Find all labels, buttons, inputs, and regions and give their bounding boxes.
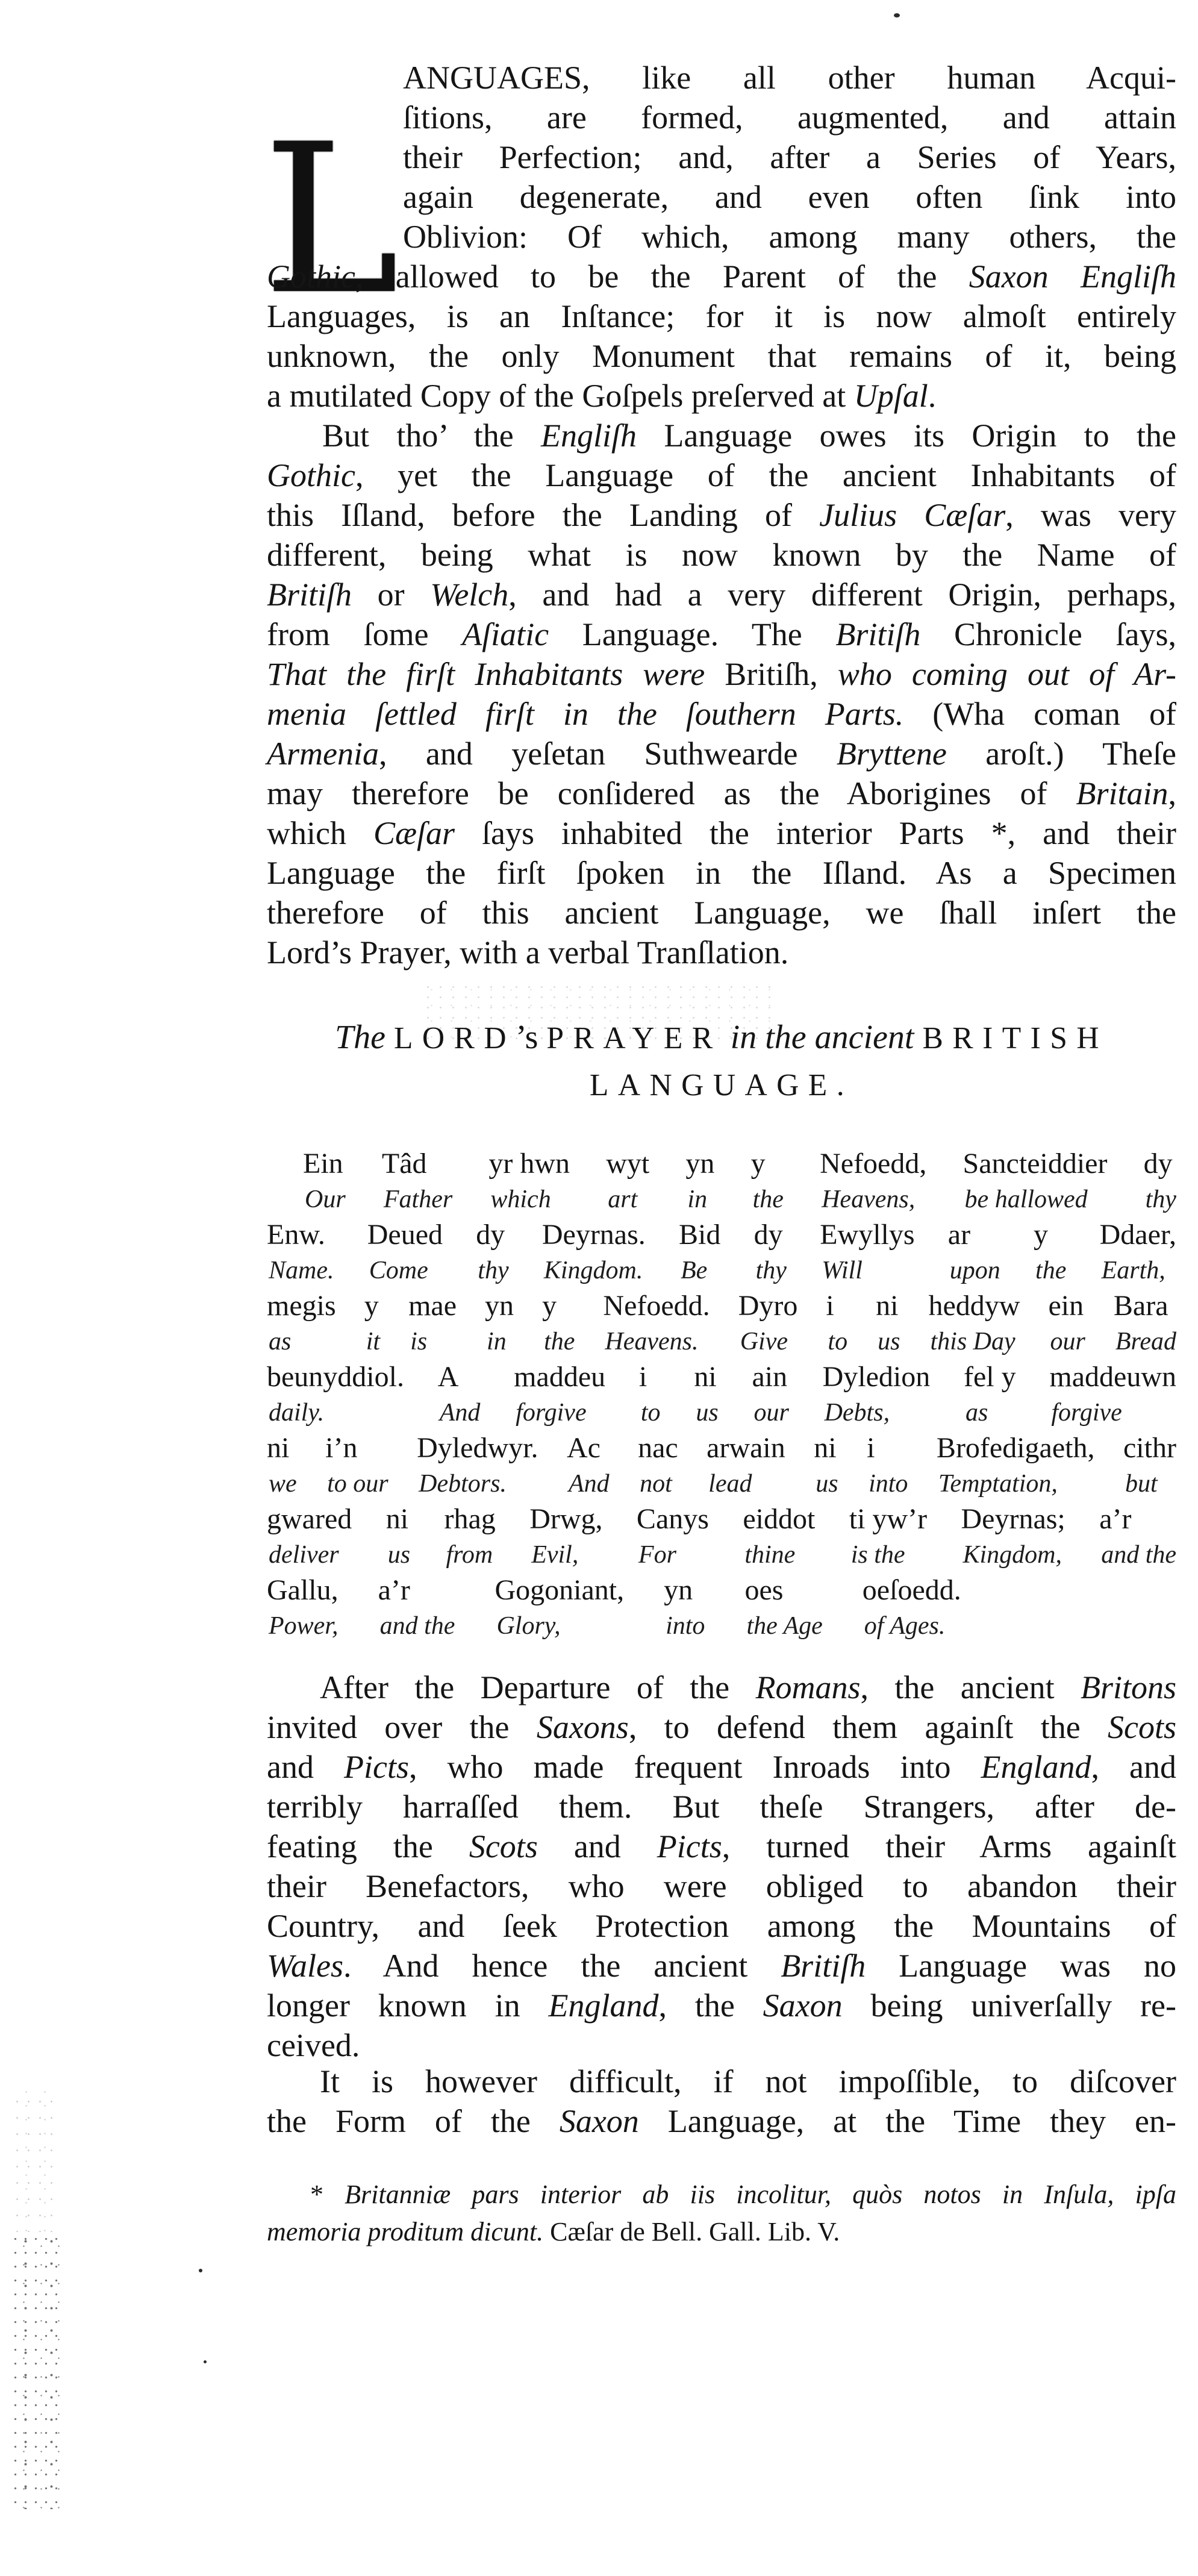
welsh-word: y xyxy=(751,1146,766,1182)
welsh-word: i xyxy=(639,1359,647,1395)
gloss-pair: ito xyxy=(826,1288,847,1359)
welsh-word: Nefoedd. xyxy=(603,1288,710,1324)
welsh-word: maddeuwn xyxy=(1049,1359,1176,1395)
gloss-pair: nius xyxy=(386,1501,410,1572)
gloss-pair: Deyrnas;Kingdom, xyxy=(961,1501,1065,1572)
welsh-word: a’r xyxy=(1099,1501,1131,1537)
gloss-line: Gallu,Power,a’rand theGogoniant,Glory,yn… xyxy=(267,1572,1176,1643)
welsh-word: dy xyxy=(754,1217,783,1253)
english-gloss-word: in xyxy=(687,1182,707,1217)
text-line: Wales. And hence the ancient Britiſh Lan… xyxy=(267,1946,1176,1986)
gloss-pair: ythe xyxy=(751,1146,784,1217)
gloss-pair: yninto xyxy=(664,1572,705,1643)
gloss-pair: eiddotthine xyxy=(743,1501,815,1572)
welsh-word: gwared xyxy=(267,1501,352,1537)
gloss-pair: Nefoedd,Heavens, xyxy=(820,1146,926,1217)
gloss-pair: megisas xyxy=(267,1288,336,1359)
text-line: from ſome Aſiatic Language. The Britiſh … xyxy=(267,614,1176,654)
text-line: feating the Scots and Picts, turned thei… xyxy=(267,1827,1176,1866)
gloss-pair: a’rand the xyxy=(1099,1501,1176,1572)
english-gloss-word: is the xyxy=(851,1537,905,1572)
text-line: That the firſt Inhabitants were Britiſh,… xyxy=(267,654,1176,694)
english-gloss-word: to xyxy=(641,1395,661,1430)
english-gloss-word: but xyxy=(1125,1466,1158,1501)
welsh-word: yn xyxy=(485,1288,514,1324)
welsh-word: fel y xyxy=(964,1359,1016,1395)
welsh-word: y xyxy=(542,1288,557,1324)
gloss-pair: DeuedCome xyxy=(367,1217,443,1288)
text-line: longer known in England, the Saxon being… xyxy=(267,1986,1176,2025)
english-gloss-word: deliver xyxy=(269,1537,339,1572)
english-gloss-word: forgive xyxy=(1051,1395,1122,1430)
gloss-line: beunyddiol.daily.AAndmaddeuforgiveitoniu… xyxy=(267,1359,1176,1430)
english-gloss-word: us xyxy=(816,1466,838,1501)
text-line: After the Departure of the Romans, the a… xyxy=(267,1668,1176,1707)
english-gloss-word: from xyxy=(446,1537,493,1572)
paragraph-saxons-invited: After the Departure of the Romans, the a… xyxy=(267,1668,1176,2065)
english-gloss-word: not xyxy=(640,1466,672,1501)
welsh-word: ein xyxy=(1049,1288,1084,1324)
gloss-line: megisasyitmaeisyninytheNefoedd.Heavens.D… xyxy=(267,1288,1176,1359)
gloss-pair: ythe xyxy=(542,1288,575,1359)
footnote-caesar-citation: * Britanniæ pars interior ab iis incolit… xyxy=(267,2176,1176,2251)
paragraph-saxon-form: It is however difficult, if not impoſſib… xyxy=(267,2062,1176,2141)
gloss-pair: ynin xyxy=(485,1288,514,1359)
text-line: again degenerate, and even often ſink in… xyxy=(267,177,1176,217)
welsh-word: maddeu xyxy=(514,1359,605,1395)
gloss-pair: nius xyxy=(876,1288,900,1359)
gloss-pair: Gallu,Power, xyxy=(267,1572,338,1643)
left-margin-showthrough-noise xyxy=(8,2229,64,2509)
english-gloss-word: thy xyxy=(756,1253,787,1288)
gloss-pair: Nefoedd.Heavens. xyxy=(603,1288,710,1359)
english-gloss-word: For xyxy=(638,1537,676,1572)
gloss-pair: dythy xyxy=(1144,1146,1176,1217)
text-line: Armenia, and yeſetan Suthwearde Bryttene… xyxy=(267,734,1176,774)
welsh-word: nac xyxy=(638,1430,678,1466)
gloss-pair: arupon xyxy=(948,1217,1000,1288)
gloss-line: gwareddeliverniusrhagfromDrwg,Evil,Canys… xyxy=(267,1501,1176,1572)
welsh-word: y xyxy=(364,1288,379,1324)
text-line: their Benefactors, who were obliged to a… xyxy=(267,1866,1176,1906)
welsh-word: ni xyxy=(694,1359,716,1395)
gloss-pair: Drwg,Evil, xyxy=(529,1501,602,1572)
text-line: this Iſland, before the Landing of Juliu… xyxy=(267,495,1176,535)
welsh-word: y xyxy=(1034,1217,1048,1253)
english-gloss-word: us xyxy=(878,1324,900,1359)
welsh-word: Deued xyxy=(367,1217,443,1253)
english-gloss-word: the xyxy=(1035,1253,1066,1288)
welsh-word: Nefoedd, xyxy=(820,1146,926,1182)
gloss-pair: dythy xyxy=(754,1217,787,1288)
gloss-pair: i’nto our xyxy=(325,1430,388,1501)
ink-speck xyxy=(204,2360,207,2363)
english-gloss-word: the Age xyxy=(746,1608,822,1643)
english-gloss-word: to our xyxy=(327,1466,388,1501)
english-gloss-word: Heavens. xyxy=(605,1324,698,1359)
ink-speck xyxy=(199,2269,202,2272)
welsh-word: Dyro xyxy=(738,1288,798,1324)
gloss-pair: niwe xyxy=(267,1430,297,1501)
gloss-pair: dythy xyxy=(476,1217,508,1288)
welsh-word: Gallu, xyxy=(267,1572,338,1608)
english-gloss-word: Give xyxy=(740,1324,788,1359)
english-gloss-word: Debtors. xyxy=(419,1466,507,1501)
english-gloss-word: Will xyxy=(822,1253,863,1288)
welsh-word: A xyxy=(438,1359,459,1395)
english-gloss-word: is xyxy=(410,1324,427,1359)
gloss-pair: TâdFather xyxy=(382,1146,452,1217)
gloss-pair: BidBe xyxy=(679,1217,720,1288)
gloss-pair: einour xyxy=(1049,1288,1085,1359)
welsh-word: ain xyxy=(752,1359,787,1395)
english-gloss-word: we xyxy=(269,1466,297,1501)
text-line: their Perfection; and, after a Series of… xyxy=(267,137,1176,177)
english-gloss-word: Name. xyxy=(269,1253,334,1288)
gloss-pair: ti yw’ris the xyxy=(849,1501,927,1572)
welsh-word: Ac xyxy=(567,1430,601,1466)
gloss-pair: gwareddeliver xyxy=(267,1501,352,1572)
gloss-line: EinOurTâdFatheryr hwnwhichwytartyninythe… xyxy=(267,1146,1176,1217)
text-line: the Form of the Saxon Language, at the T… xyxy=(267,2101,1176,2141)
welsh-word: dy xyxy=(1144,1146,1173,1182)
gloss-pair: Sancteiddierbe hallowed xyxy=(963,1146,1108,1217)
welsh-word: Ddaer, xyxy=(1100,1217,1176,1253)
gloss-pair: ythe xyxy=(1034,1217,1066,1288)
welsh-word: Canys xyxy=(637,1501,709,1537)
text-line: Oblivion: Of which, among many others, t… xyxy=(267,217,1176,257)
gloss-pair: AcAnd xyxy=(567,1430,610,1501)
english-gloss-word: thy xyxy=(1146,1182,1176,1217)
gloss-pair: a’rand the xyxy=(378,1572,455,1643)
english-gloss-word: Our xyxy=(305,1182,346,1217)
english-gloss-word: of Ages. xyxy=(864,1608,946,1643)
english-gloss-word: And xyxy=(440,1395,481,1430)
welsh-word: arwain xyxy=(707,1430,785,1466)
welsh-word: Tâd xyxy=(382,1146,427,1182)
text-line: menia ſettled firſt in the ſouthern Part… xyxy=(267,694,1176,734)
text-line: different, being what is now known by th… xyxy=(267,535,1176,575)
english-gloss-word: be hallowed xyxy=(965,1182,1088,1217)
ink-speck xyxy=(894,13,900,17)
welsh-word: i’n xyxy=(325,1430,357,1466)
gloss-pair: ainour xyxy=(752,1359,788,1430)
english-gloss-word: as xyxy=(966,1395,988,1430)
welsh-word: Deyrnas; xyxy=(961,1501,1065,1537)
english-gloss-word: into xyxy=(666,1608,705,1643)
welsh-word: Bara xyxy=(1114,1288,1168,1324)
heading-line: LANGUAGE. xyxy=(267,1061,1176,1108)
english-gloss-word: as xyxy=(269,1324,291,1359)
gloss-pair: rhagfrom xyxy=(444,1501,495,1572)
english-gloss-word: upon xyxy=(950,1253,1000,1288)
welsh-word: oeſoedd. xyxy=(863,1572,961,1608)
english-gloss-word: Father xyxy=(384,1182,452,1217)
english-gloss-word: Bread xyxy=(1115,1324,1176,1359)
gloss-pair: nius xyxy=(814,1430,838,1501)
gloss-pair: cithrbut xyxy=(1123,1430,1176,1501)
welsh-word: ti yw’r xyxy=(849,1501,927,1537)
text-line: Lord’s Prayer, with a verbal Tranſlation… xyxy=(267,933,1176,972)
english-gloss-word: us xyxy=(388,1537,410,1572)
gloss-pair: Dyledwyr.Debtors. xyxy=(417,1430,538,1501)
gloss-pair: iinto xyxy=(867,1430,908,1501)
english-gloss-word: the xyxy=(544,1324,575,1359)
gloss-pair: beunyddiol.daily. xyxy=(267,1359,404,1430)
welsh-word: Ein xyxy=(303,1146,343,1182)
welsh-word: beunyddiol. xyxy=(267,1359,404,1395)
welsh-word: Ewyllys xyxy=(820,1217,914,1253)
gloss-pair: Brofedigaeth,Temptation, xyxy=(937,1430,1095,1501)
english-gloss-word: Kingdom. xyxy=(544,1253,643,1288)
section-heading-lords-prayer: The LORD’s PRAYER in the ancient BRITISH… xyxy=(267,1014,1176,1108)
text-line: invited over the Saxons, to defend them … xyxy=(267,1707,1176,1747)
gloss-line: niwei’nto ourDyledwyr.Debtors.AcAndnacno… xyxy=(267,1430,1176,1501)
english-gloss-word: in xyxy=(487,1324,507,1359)
left-margin-showthrough-noise xyxy=(10,2090,58,2232)
welsh-word: dy xyxy=(476,1217,505,1253)
english-gloss-word: Come xyxy=(369,1253,428,1288)
text-line: ceived. xyxy=(267,2025,1176,2065)
welsh-word: cithr xyxy=(1123,1430,1176,1466)
welsh-word: i xyxy=(867,1430,875,1466)
welsh-word: yn xyxy=(685,1146,714,1182)
text-line: Country, and ſeek Protection among the M… xyxy=(267,1906,1176,1946)
welsh-word: megis xyxy=(267,1288,336,1324)
gloss-pair: oeſoedd.of Ages. xyxy=(863,1572,961,1643)
welsh-word: mae xyxy=(408,1288,457,1324)
english-gloss-word: Earth, xyxy=(1102,1253,1165,1288)
text-line: a mutilated Copy of the Goſpels preſerve… xyxy=(267,376,1176,416)
english-gloss-word: it xyxy=(366,1324,380,1359)
welsh-word: yn xyxy=(664,1572,693,1608)
welsh-word: eiddot xyxy=(743,1501,815,1537)
gloss-pair: fel yas xyxy=(964,1359,1016,1430)
welsh-word: ni xyxy=(267,1430,289,1466)
gloss-pair: ynin xyxy=(685,1146,714,1217)
gloss-pair: Gogoniant,Glory, xyxy=(494,1572,624,1643)
gloss-pair: nacnot xyxy=(638,1430,678,1501)
text-line: therefore of this ancient Language, we ſ… xyxy=(267,893,1176,933)
text-line: may therefore be conſidered as the Abori… xyxy=(267,774,1176,813)
english-gloss-word: and the xyxy=(1101,1537,1176,1572)
paragraph-languages-intro: ANGUAGES, like all other human Acqui-ſit… xyxy=(267,58,1176,416)
english-gloss-word: into xyxy=(869,1466,908,1501)
welsh-word: oes xyxy=(744,1572,783,1608)
text-line: But tho’ the Engliſh Language owes its O… xyxy=(267,416,1176,455)
interlinear-prayer-block: EinOurTâdFatheryr hwnwhichwytartyninythe… xyxy=(267,1146,1176,1643)
gloss-pair: Ddaer,Earth, xyxy=(1100,1217,1176,1288)
gloss-pair: heddywthis Day xyxy=(929,1288,1020,1359)
gloss-line: Enw.Name.DeuedComedythyDeyrnas.Kingdom.B… xyxy=(267,1217,1176,1288)
english-gloss-word: this Day xyxy=(931,1324,1015,1359)
english-gloss-word: Power, xyxy=(269,1608,338,1643)
english-gloss-word: Heavens, xyxy=(822,1182,915,1217)
footnote-line: * Britanniæ pars interior ab iis incolit… xyxy=(267,2176,1176,2213)
gloss-pair: maddeuforgive xyxy=(514,1359,605,1430)
gloss-pair: yit xyxy=(364,1288,380,1359)
welsh-word: ni xyxy=(814,1430,836,1466)
gloss-pair: DyledionDebts, xyxy=(823,1359,931,1430)
welsh-word: rhag xyxy=(444,1501,495,1537)
gloss-pair: oesthe Age xyxy=(744,1572,822,1643)
text-line: Language the firſt ſpoken in the Iſland.… xyxy=(267,853,1176,893)
welsh-word: Brofedigaeth, xyxy=(937,1430,1095,1466)
english-gloss-word: thine xyxy=(744,1537,795,1572)
english-gloss-word: and the xyxy=(380,1608,455,1643)
english-gloss-word: our xyxy=(1050,1324,1085,1359)
text-line: which Cæſar ſays inhabited the interior … xyxy=(267,813,1176,853)
welsh-word: Deyrnas. xyxy=(542,1217,646,1253)
text-line: ſitions, are formed, augmented, and atta… xyxy=(267,98,1176,137)
text-line: unknown, the only Monument that remains … xyxy=(267,336,1176,376)
text-line: ANGUAGES, like all other human Acqui- xyxy=(267,58,1176,98)
welsh-word: Drwg, xyxy=(529,1501,602,1537)
english-gloss-word: Be xyxy=(681,1253,707,1288)
text-line: Languages, is an Inſtance; for it is now… xyxy=(267,296,1176,336)
gloss-pair: nius xyxy=(694,1359,718,1430)
paragraph-english-origin: But tho’ the Engliſh Language owes its O… xyxy=(267,416,1176,972)
english-gloss-word: us xyxy=(696,1395,718,1430)
english-gloss-word: Kingdom, xyxy=(962,1537,1062,1572)
gloss-pair: maddeuwnforgive xyxy=(1049,1359,1176,1430)
gloss-pair: ito xyxy=(639,1359,661,1430)
gloss-pair: DyroGive xyxy=(738,1288,798,1359)
text-line: Britiſh or Welch, and had a very differe… xyxy=(267,575,1176,614)
english-gloss-word: which xyxy=(490,1182,551,1217)
english-gloss-word: our xyxy=(753,1395,788,1430)
welsh-word: Dyledwyr. xyxy=(417,1430,538,1466)
welsh-word: ni xyxy=(876,1288,898,1324)
welsh-word: i xyxy=(826,1288,834,1324)
welsh-word: yr hwn xyxy=(488,1146,570,1182)
text-line: Gothic, yet the Language of the ancient … xyxy=(267,455,1176,495)
welsh-word: Enw. xyxy=(267,1217,325,1253)
welsh-word: Gogoniant, xyxy=(494,1572,624,1608)
gloss-pair: BaraBread xyxy=(1114,1288,1176,1359)
english-gloss-word: daily. xyxy=(269,1395,324,1430)
heading-line: The LORD’s PRAYER in the ancient BRITISH xyxy=(267,1014,1176,1061)
welsh-word: Bid xyxy=(679,1217,720,1253)
english-gloss-word: Glory, xyxy=(496,1608,560,1643)
text-line: Gothic, allowed to be the Parent of the … xyxy=(267,257,1176,296)
english-gloss-word: Debts, xyxy=(825,1395,890,1430)
english-gloss-word: to xyxy=(828,1324,847,1359)
gloss-pair: Deyrnas.Kingdom. xyxy=(542,1217,646,1288)
welsh-word: ar xyxy=(948,1217,970,1253)
english-gloss-word: art xyxy=(608,1182,637,1217)
text-line: and Picts, who made frequent Inroads int… xyxy=(267,1747,1176,1787)
gloss-pair: CanysFor xyxy=(637,1501,709,1572)
gloss-pair: maeis xyxy=(408,1288,457,1359)
english-gloss-word: the xyxy=(753,1182,784,1217)
english-gloss-word: Temptation, xyxy=(938,1466,1058,1501)
welsh-word: wyt xyxy=(606,1146,649,1182)
footnote-line: memoria proditum dicunt. Cæſar de Bell. … xyxy=(267,2213,1176,2251)
english-gloss-word: lead xyxy=(708,1466,752,1501)
welsh-word: ni xyxy=(386,1501,408,1537)
welsh-word: a’r xyxy=(378,1572,410,1608)
gloss-pair: arwainlead xyxy=(707,1430,785,1501)
gloss-pair: AAnd xyxy=(438,1359,481,1430)
english-gloss-word: forgive xyxy=(516,1395,586,1430)
text-line: terribly harraſſed them. But theſe Stran… xyxy=(267,1787,1176,1827)
welsh-word: heddyw xyxy=(929,1288,1020,1324)
english-gloss-word: And xyxy=(569,1466,610,1501)
gloss-pair: yr hwnwhich xyxy=(488,1146,570,1217)
gloss-pair: wytart xyxy=(606,1146,649,1217)
gloss-pair: Enw.Name. xyxy=(267,1217,334,1288)
gloss-pair: EwyllysWill xyxy=(820,1217,914,1288)
english-gloss-word: Evil, xyxy=(531,1537,578,1572)
welsh-word: Dyledion xyxy=(823,1359,931,1395)
gloss-pair: EinOur xyxy=(303,1146,346,1217)
text-line: It is however difficult, if not impoſſib… xyxy=(267,2062,1176,2101)
scanned-page: { "colors": { "ink": "#151515", "paper":… xyxy=(0,0,1198,2576)
welsh-word: Sancteiddier xyxy=(963,1146,1108,1182)
english-gloss-word: thy xyxy=(478,1253,508,1288)
